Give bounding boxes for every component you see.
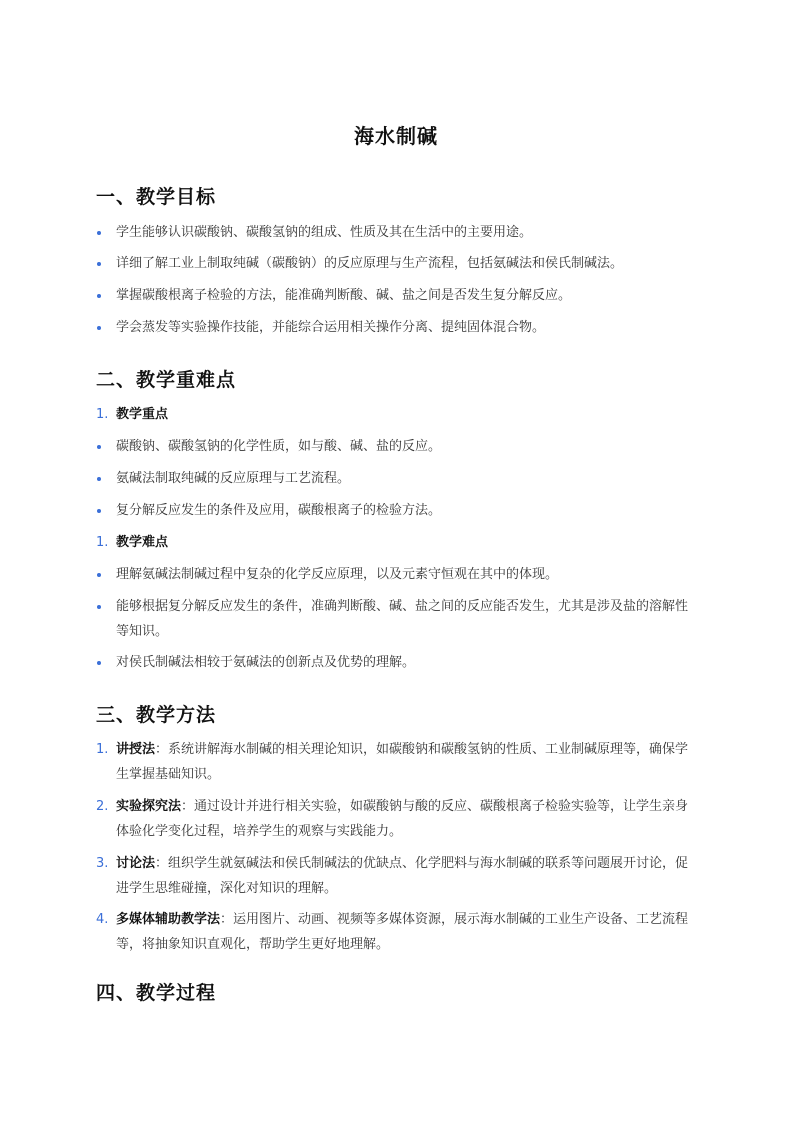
list-item: 氨碱法制取纯碱的反应原理与工艺流程。 <box>96 466 696 491</box>
list-item: 详细了解工业上制取纯碱（碳酸钠）的反应原理与生产流程，包括氨碱法和侯氏制碱法。 <box>96 251 696 276</box>
method-item: 3. 讨论法：组织学生就氨碱法和侯氏制碱法的优缺点、化学肥料与海水制碱的联系等问… <box>96 851 696 901</box>
bullet-icon <box>97 661 101 665</box>
list-number: 3. <box>96 851 108 876</box>
section-heading-key-points: 二、教学重难点 <box>96 365 236 392</box>
bullet-icon <box>97 262 101 266</box>
document-title: 海水制碱 <box>96 120 696 149</box>
list-number: 1. <box>96 737 108 762</box>
list-number: 1. <box>96 530 108 555</box>
numbered-subheading: 1. 教学难点 <box>96 530 696 555</box>
list-number: 1. <box>96 402 108 427</box>
bullet-icon <box>97 605 101 609</box>
section-heading-process: 四、教学过程 <box>96 978 216 1005</box>
list-item: 学会蒸发等实验操作技能，并能综合运用相关操作分离、提纯固体混合物。 <box>96 315 696 340</box>
list-item: 学生能够认识碳酸钠、碳酸氢钠的组成、性质及其在生活中的主要用途。 <box>96 220 696 245</box>
list-number: 4. <box>96 907 108 932</box>
list-item: 碳酸钠、碳酸氢钠的化学性质，如与酸、碱、盐的反应。 <box>96 434 696 459</box>
list-item: 能够根据复分解反应发生的条件，准确判断酸、碱、盐之间的反应能否发生，尤其是涉及盐… <box>96 594 696 644</box>
bullet-icon <box>97 294 101 298</box>
list-item: 掌握碳酸根离子检验的方法，能准确判断酸、碱、盐之间是否发生复分解反应。 <box>96 283 696 308</box>
bullet-icon <box>97 509 101 513</box>
list-item: 复分解反应发生的条件及应用，碳酸根离子的检验方法。 <box>96 498 696 523</box>
list-number: 2. <box>96 794 108 819</box>
method-item: 2. 实验探究法：通过设计并进行相关实验，如碳酸钠与酸的反应、碳酸根离子检验实验… <box>96 794 696 844</box>
section-heading-objectives: 一、教学目标 <box>96 182 216 209</box>
method-item: 4. 多媒体辅助教学法：运用图片、动画、视频等多媒体资源，展示海水制碱的工业生产… <box>96 907 696 957</box>
bullet-icon <box>97 445 101 449</box>
section-heading-methods: 三、教学方法 <box>96 700 216 727</box>
method-item: 1. 讲授法：系统讲解海水制碱的相关理论知识，如碳酸钠和碳酸氢钠的性质、工业制碱… <box>96 737 696 787</box>
bullet-icon <box>97 573 101 577</box>
numbered-subheading: 1. 教学重点 <box>96 402 696 427</box>
list-item: 理解氨碱法制碱过程中复杂的化学反应原理，以及元素守恒观在其中的体现。 <box>96 562 696 587</box>
bullet-icon <box>97 231 101 235</box>
bullet-icon <box>97 326 101 330</box>
bullet-icon <box>97 477 101 481</box>
list-item: 对侯氏制碱法相较于氨碱法的创新点及优势的理解。 <box>96 650 696 675</box>
